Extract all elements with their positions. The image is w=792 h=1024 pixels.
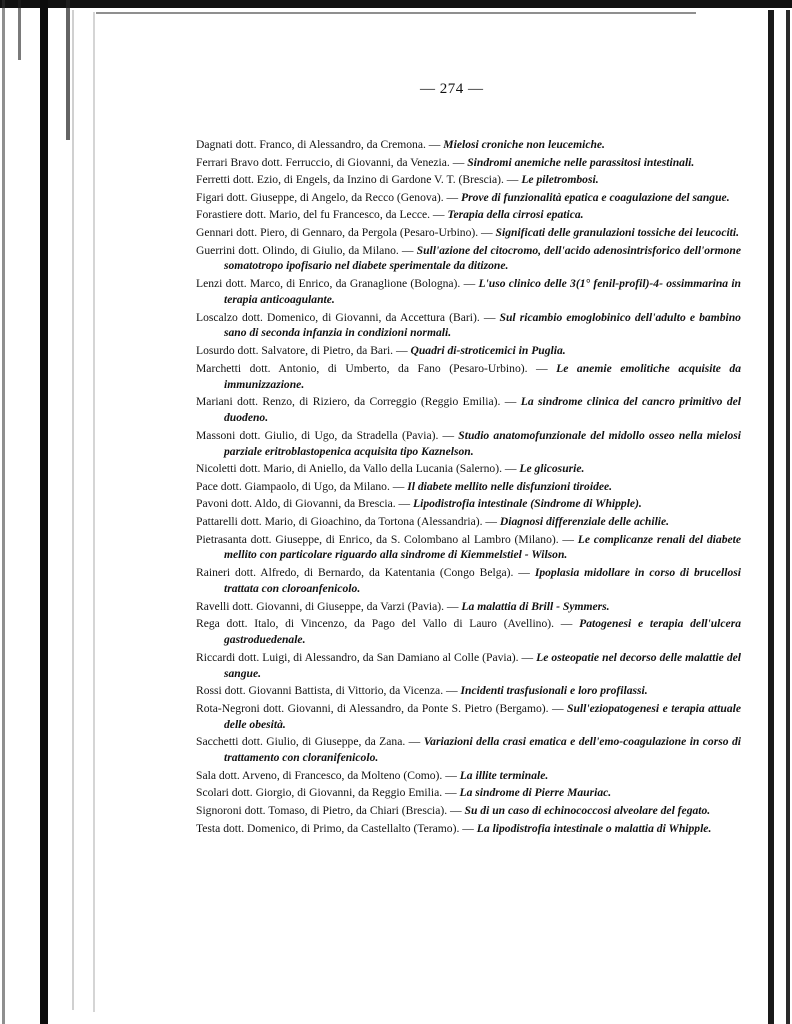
list-item: Sacchetti dott. Giulio, di Giuseppe, da …: [196, 734, 741, 766]
book-edge-right: [768, 10, 774, 1024]
binding-line: [66, 0, 70, 140]
entry-author: Sacchetti dott. Giulio, di Giuseppe, da …: [196, 735, 424, 748]
entry-author: Riccardi dott. Luigi, di Alessandro, da …: [196, 651, 536, 664]
entry-author: Pavoni dott. Aldo, di Giovanni, da Bresc…: [196, 497, 413, 510]
entry-title: Significati delle granulazioni tossiche …: [496, 226, 739, 239]
entry-title: Incidenti trasfusionali e loro profilass…: [461, 684, 648, 697]
list-item: Guerrini dott. Olindo, di Giulio, da Mil…: [196, 243, 741, 275]
entry-title: Sindromi anemiche nelle parassitosi inte…: [467, 156, 694, 169]
entry-title: Prove di funzionalità epatica e coagulaz…: [461, 191, 730, 204]
list-item: Rossi dott. Giovanni Battista, di Vittor…: [196, 683, 741, 699]
list-item: Sala dott. Arveno, di Francesco, da Molt…: [196, 768, 741, 784]
binding-line: [2, 0, 5, 1024]
entry-author: Rossi dott. Giovanni Battista, di Vittor…: [196, 684, 461, 697]
list-item: Riccardi dott. Luigi, di Alessandro, da …: [196, 650, 741, 682]
entry-author: Pace dott. Giampaolo, di Ugo, da Milano.…: [196, 480, 407, 493]
list-item: Nicoletti dott. Mario, di Aniello, da Va…: [196, 461, 741, 477]
list-item: Rota-Negroni dott. Giovanni, di Alessand…: [196, 701, 741, 733]
entry-title: Su di un caso di echinococcosi alveolare…: [465, 804, 711, 817]
entry-author: Ravelli dott. Giovanni, di Giuseppe, da …: [196, 600, 461, 613]
list-item: Pietrasanta dott. Giuseppe, di Enrico, d…: [196, 532, 741, 564]
entry-author: Massoni dott. Giulio, di Ugo, da Stradel…: [196, 429, 458, 442]
entry-author: Pietrasanta dott. Giuseppe, di Enrico, d…: [196, 533, 578, 546]
entry-author: Figari dott. Giuseppe, di Angelo, da Rec…: [196, 191, 461, 204]
entry-author: Losurdo dott. Salvatore, di Pietro, da B…: [196, 344, 410, 357]
entry-author: Rega dott. Italo, di Vincenzo, da Pago d…: [196, 617, 579, 630]
entry-title: La lipodistrofia intestinale o malattia …: [477, 822, 712, 835]
list-item: Ravelli dott. Giovanni, di Giuseppe, da …: [196, 599, 741, 615]
list-item: Ferretti dott. Ezio, di Engels, da Inzin…: [196, 172, 741, 188]
entry-author: Dagnati dott. Franco, di Alessandro, da …: [196, 138, 443, 151]
entry-title: Lipodistrofia intestinale (Sindrome di W…: [413, 497, 642, 510]
list-item: Mariani dott. Renzo, di Riziero, da Corr…: [196, 394, 741, 426]
book-binding-left: [0, 0, 100, 1024]
entry-author: Guerrini dott. Olindo, di Giulio, da Mil…: [196, 244, 417, 257]
book-edge-right-outer: [786, 10, 790, 1024]
list-item: Raineri dott. Alfredo, di Bernardo, da K…: [196, 565, 741, 597]
entry-author: Rota-Negroni dott. Giovanni, di Alessand…: [196, 702, 567, 715]
entry-title: La malattia di Brill - Symmers.: [461, 600, 609, 613]
list-item: Massoni dott. Giulio, di Ugo, da Stradel…: [196, 428, 741, 460]
entry-author: Gennari dott. Piero, di Gennaro, da Perg…: [196, 226, 496, 239]
entry-title: Il diabete mellito nelle disfunzioni tir…: [407, 480, 612, 493]
entry-title: Terapia della cirrosi epatica.: [447, 208, 583, 221]
entry-author: Marchetti dott. Antonio, di Umberto, da …: [196, 362, 556, 375]
entry-author: Nicoletti dott. Mario, di Aniello, da Va…: [196, 462, 519, 475]
entry-title: La sindrome di Pierre Mauriac.: [460, 786, 612, 799]
list-item: Marchetti dott. Antonio, di Umberto, da …: [196, 361, 741, 393]
entry-author: Ferretti dott. Ezio, di Engels, da Inzin…: [196, 173, 521, 186]
entry-title: Le piletrombosi.: [521, 173, 598, 186]
entry-author: Loscalzo dott. Domenico, di Giovanni, da…: [196, 311, 500, 324]
list-item: Losurdo dott. Salvatore, di Pietro, da B…: [196, 343, 741, 359]
list-item: Loscalzo dott. Domenico, di Giovanni, da…: [196, 310, 741, 342]
page-top-edge: [96, 12, 696, 14]
list-item: Dagnati dott. Franco, di Alessandro, da …: [196, 137, 741, 153]
list-item: Lenzi dott. Marco, di Enrico, da Granagl…: [196, 276, 741, 308]
entry-author: Forastiere dott. Mario, del fu Francesco…: [196, 208, 447, 221]
list-item: Ferrari Bravo dott. Ferruccio, di Giovan…: [196, 155, 741, 171]
binding-line: [18, 0, 21, 60]
entry-title: Quadri di-stroticemici in Puglia.: [410, 344, 565, 357]
entry-author: Raineri dott. Alfredo, di Bernardo, da K…: [196, 566, 535, 579]
binding-line: [93, 12, 95, 1012]
entry-title: Diagnosi differenziale delle achilie.: [500, 515, 669, 528]
entry-author: Lenzi dott. Marco, di Enrico, da Granagl…: [196, 277, 478, 290]
list-item: Rega dott. Italo, di Vincenzo, da Pago d…: [196, 616, 741, 648]
entry-author: Pattarelli dott. Mario, di Gioachino, da…: [196, 515, 500, 528]
page-number: — 274 —: [420, 81, 484, 98]
binding-spine-shadow: [40, 0, 48, 1024]
list-item: Testa dott. Domenico, di Primo, da Caste…: [196, 821, 741, 837]
list-item: Signoroni dott. Tomaso, di Pietro, da Ch…: [196, 803, 741, 819]
list-item: Forastiere dott. Mario, del fu Francesco…: [196, 207, 741, 223]
entry-author: Sala dott. Arveno, di Francesco, da Molt…: [196, 769, 460, 782]
binding-line: [72, 10, 74, 1010]
list-item: Scolari dott. Giorgio, di Giovanni, da R…: [196, 785, 741, 801]
scan-top-edge: [0, 0, 792, 8]
entry-title: Mielosi croniche non leucemiche.: [443, 138, 605, 151]
entry-author: Scolari dott. Giorgio, di Giovanni, da R…: [196, 786, 460, 799]
entry-author: Ferrari Bravo dott. Ferruccio, di Giovan…: [196, 156, 467, 169]
list-item: Figari dott. Giuseppe, di Angelo, da Rec…: [196, 190, 741, 206]
thesis-list: Dagnati dott. Franco, di Alessandro, da …: [196, 137, 741, 838]
list-item: Pattarelli dott. Mario, di Gioachino, da…: [196, 514, 741, 530]
list-item: Pavoni dott. Aldo, di Giovanni, da Bresc…: [196, 496, 741, 512]
entry-author: Signoroni dott. Tomaso, di Pietro, da Ch…: [196, 804, 465, 817]
list-item: Pace dott. Giampaolo, di Ugo, da Milano.…: [196, 479, 741, 495]
entry-author: Testa dott. Domenico, di Primo, da Caste…: [196, 822, 477, 835]
entry-author: Mariani dott. Renzo, di Riziero, da Corr…: [196, 395, 521, 408]
entry-title: La illite terminale.: [460, 769, 549, 782]
entry-title: Le glicosurie.: [519, 462, 584, 475]
list-item: Gennari dott. Piero, di Gennaro, da Perg…: [196, 225, 741, 241]
